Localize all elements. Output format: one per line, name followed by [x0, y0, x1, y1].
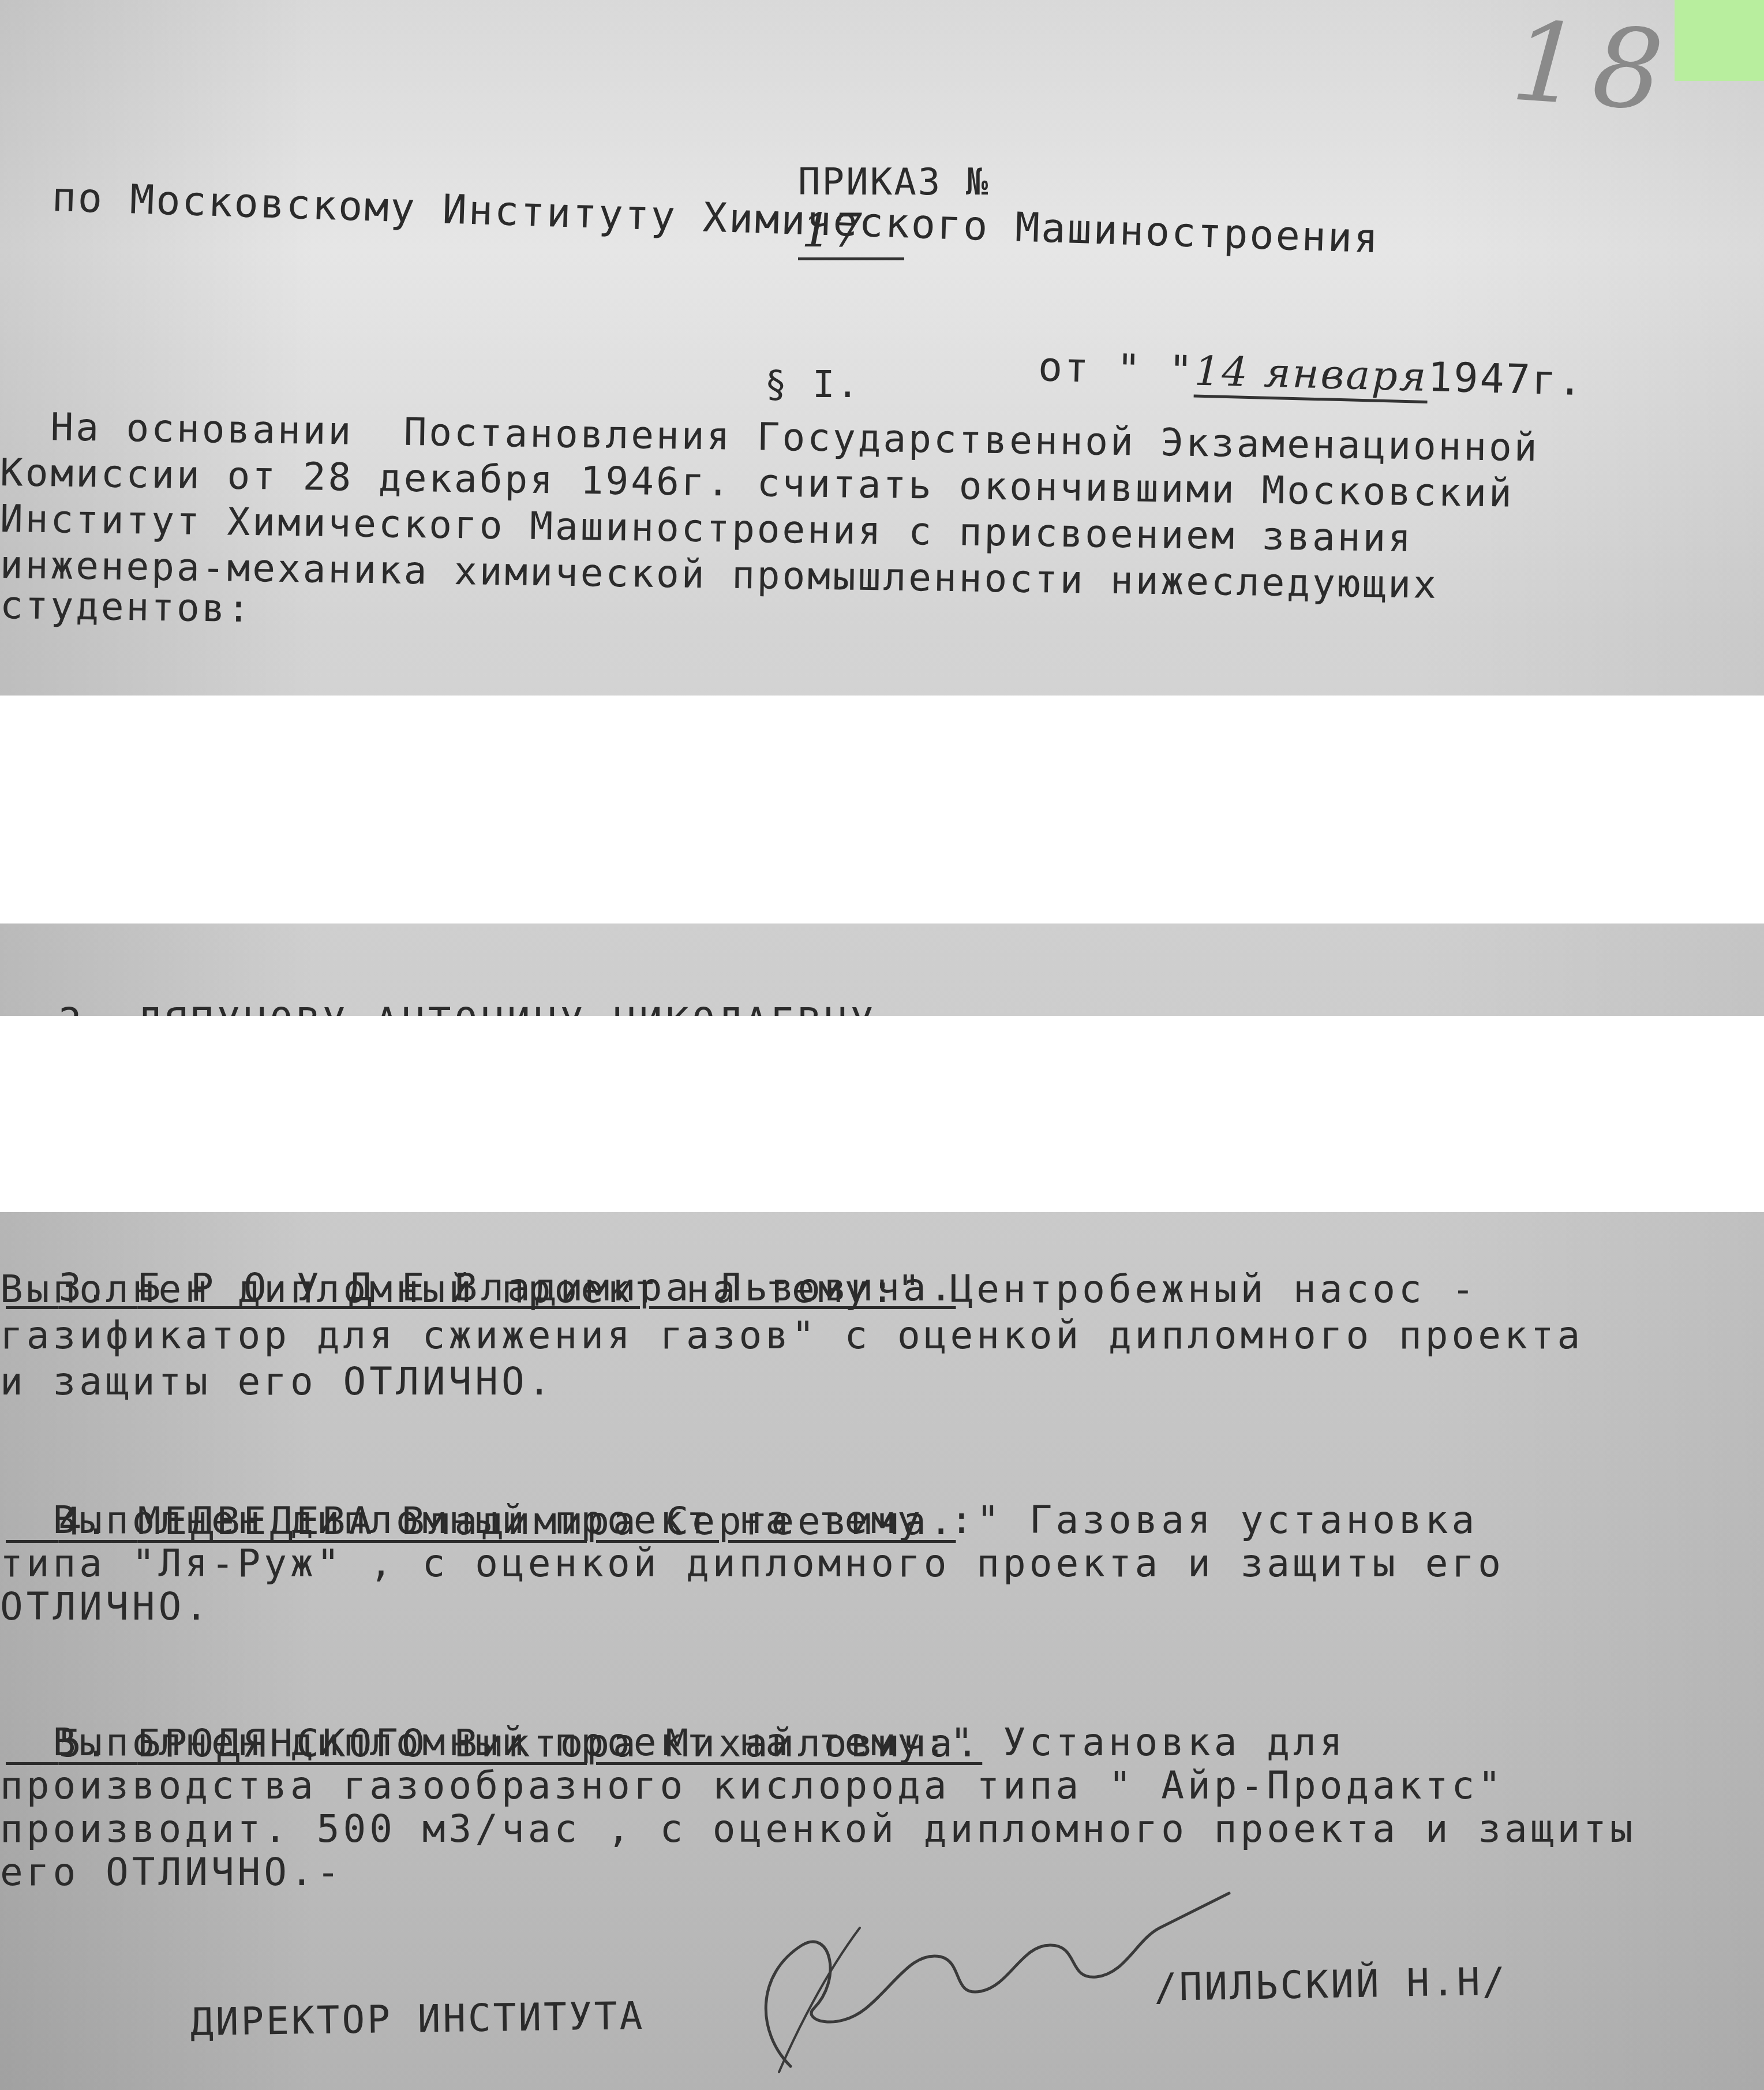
student-3-detail: Выполнен дипломный проект на тему:" Цент…	[0, 1267, 1478, 1311]
student-4-detail: ОТЛИЧНО.	[0, 1584, 211, 1629]
order-issuer: по Московскому Институту Химического Маш…	[51, 173, 1381, 262]
student-5-detail: производства газообразного кислорода тип…	[0, 1763, 1504, 1808]
section-heading: § I.	[765, 364, 860, 406]
student-3-detail: газификатор для сжижения газов" с оценко…	[0, 1313, 1583, 1358]
student-4-detail: Выполнен дипломный проект на тему :" Газ…	[0, 1498, 1478, 1542]
student-5-detail: производит. 500 м3/час , с оценкой дипло…	[0, 1807, 1636, 1851]
student-4-detail: типа "Ля-Руж" , с оценкой дипломного про…	[0, 1541, 1504, 1586]
student-5-detail: его ОТЛИЧНО.-	[0, 1850, 343, 1894]
student-5-detail: Выполнен дипломный проект на тему:" Уста…	[0, 1720, 1346, 1764]
student-3-detail: и защиты его ОТЛИЧНО.	[0, 1359, 554, 1404]
corner-color-patch	[1675, 0, 1764, 81]
preamble-line: студентов:	[0, 583, 253, 631]
redaction-band	[0, 1016, 1764, 1212]
date-prefix: от " "	[1038, 343, 1195, 394]
handwritten-page-number: 18	[1508, 0, 1679, 136]
date-handwritten: 14 января	[1194, 347, 1429, 403]
signature-name: /ПИЛЬСКИЙ Н.Н/	[1153, 1959, 1508, 2010]
order-date: от " "14 января1947г.	[986, 294, 1586, 405]
redaction-band	[0, 696, 1764, 924]
date-year: 1947г.	[1427, 353, 1585, 405]
signature-title: ДИРЕКТОР ИНСТИТУТА	[190, 1994, 645, 2044]
